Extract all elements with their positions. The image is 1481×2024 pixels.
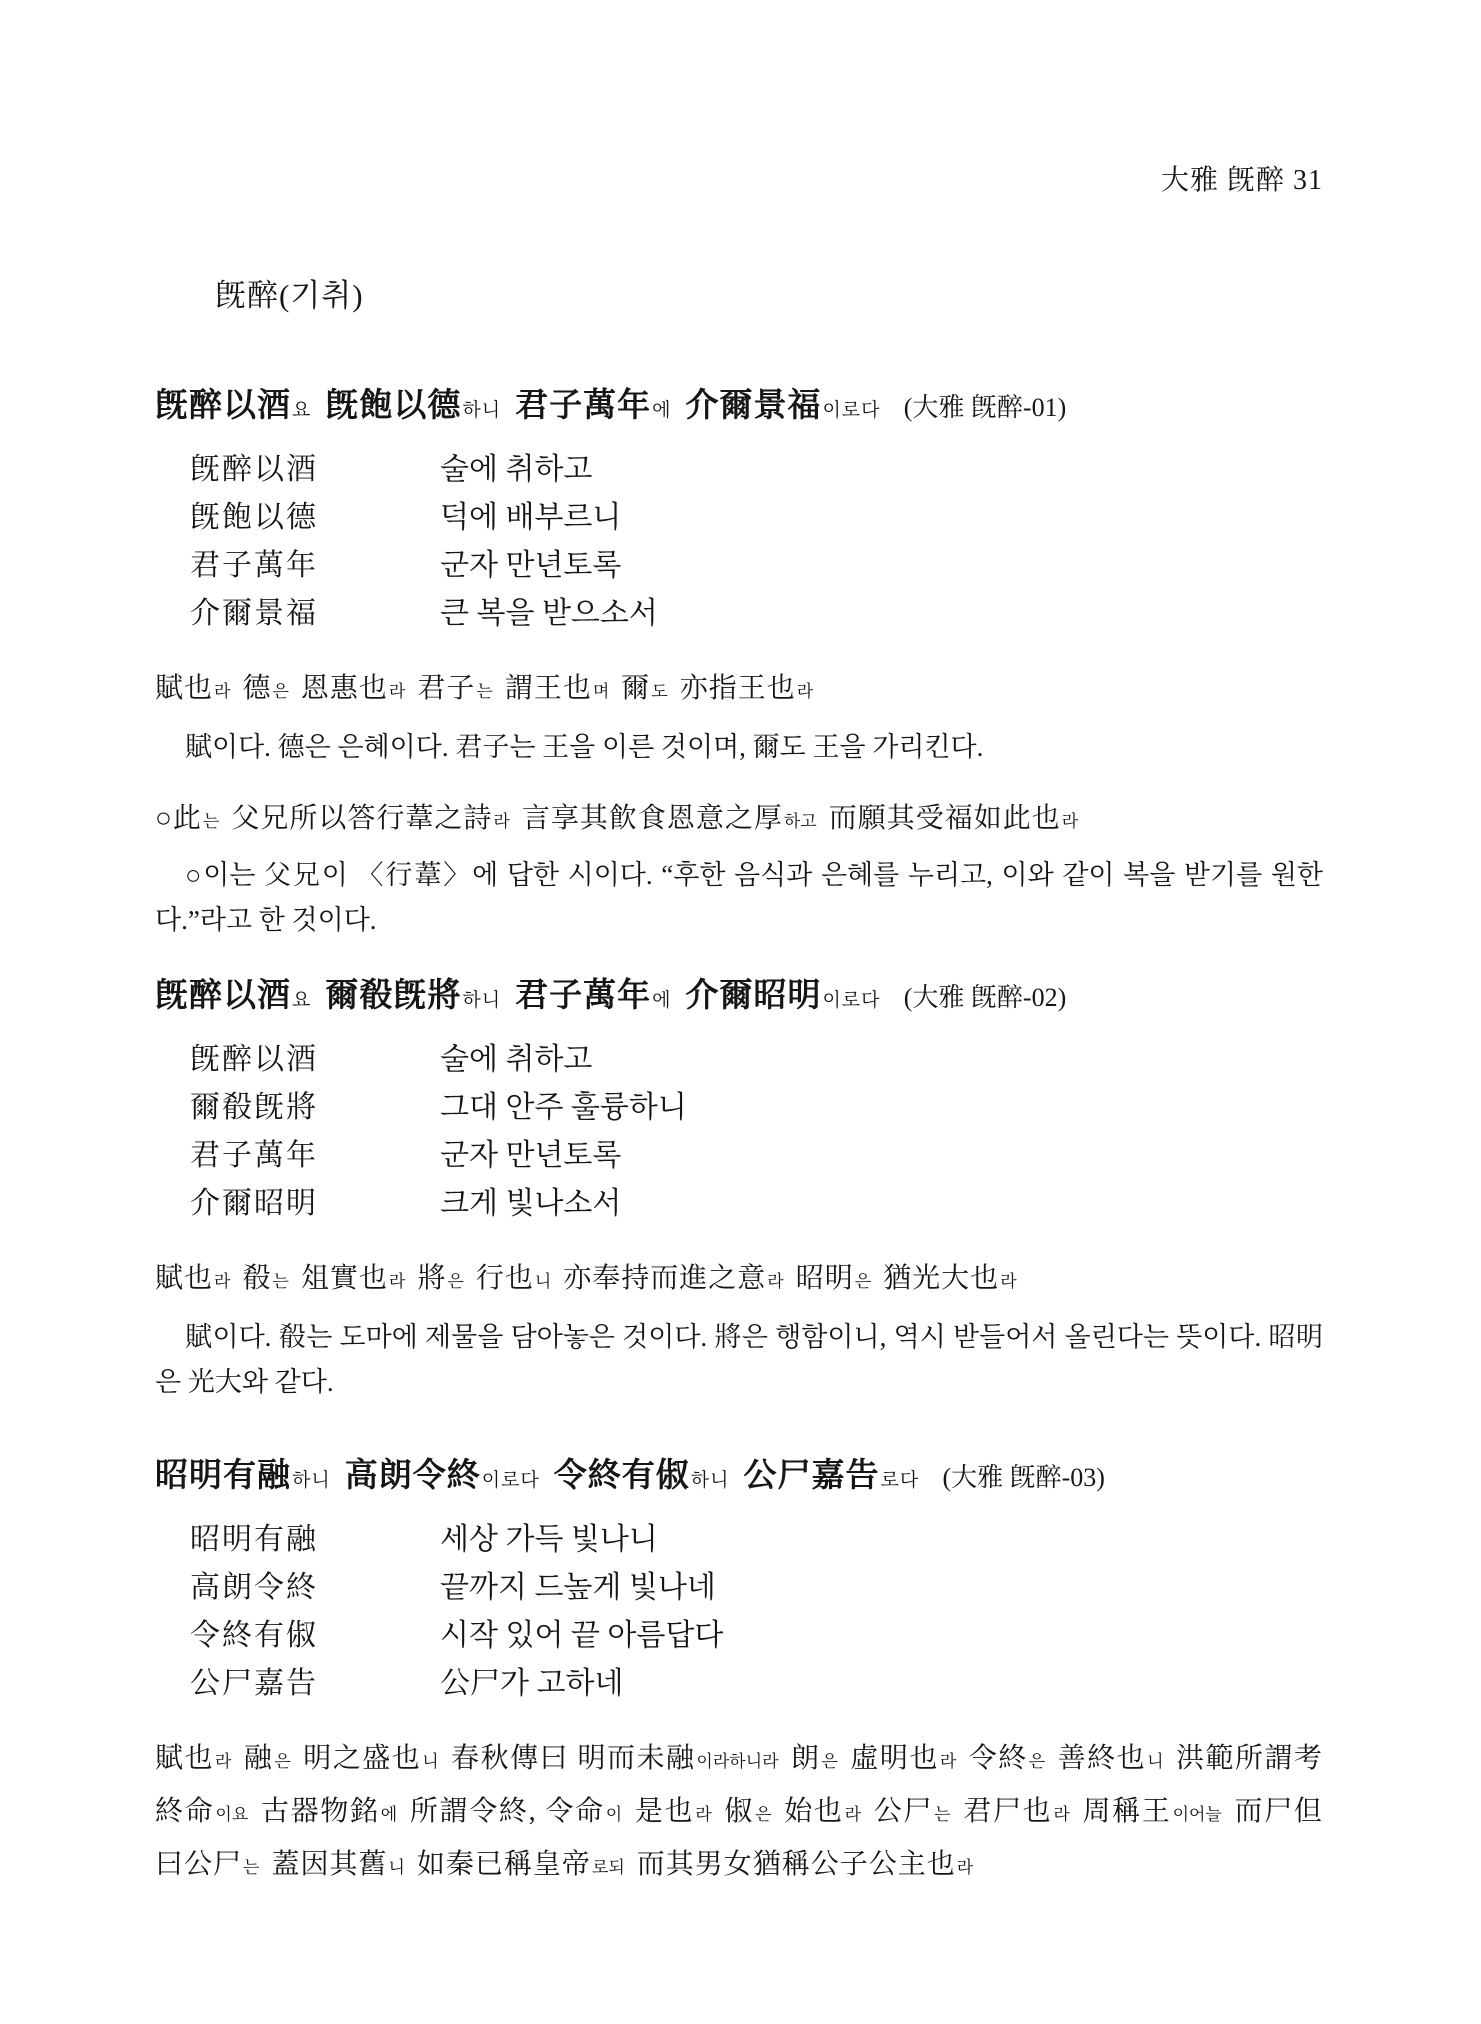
hangul-particle: 에 (652, 400, 671, 421)
poem-title: 旣醉(기취) (215, 270, 1323, 315)
hanja-phrase: 將 (417, 1263, 446, 1294)
verse-row: 介爾景福 큰 복을 받으소서 (190, 590, 1323, 638)
hangul-particle: 이요 (215, 1805, 248, 1824)
verse-hanja: 旣醉以酒 (190, 1036, 440, 1084)
verse-hanja: 高朗令終 (190, 1564, 440, 1612)
verse-row: 爾殽旣將 그대 안주 훌륭하니 (190, 1084, 1323, 1132)
hanja-phrase: 旣飽以德 (325, 388, 461, 424)
hanja-phrase: 賦也 (155, 1263, 213, 1294)
verse-row: 旣醉以酒 술에 취하고 (190, 446, 1323, 494)
hanja-phrase: 君子萬年 (515, 388, 651, 424)
hangul-particle: 며 (593, 682, 609, 701)
verse-korean: 군자 만년토록 (440, 1132, 621, 1180)
hangul-particle: 은 (1029, 1752, 1045, 1771)
hangul-particle: 는 (272, 1272, 288, 1291)
hangul-particle: 라 (389, 1272, 405, 1291)
hangul-particle: 라 (845, 1805, 861, 1824)
hangul-particle: 이 (606, 1805, 622, 1824)
hanja-phrase: 恩惠也 (301, 673, 388, 704)
hanja-phrase: 賦也 (155, 673, 213, 704)
stanza-2-commentary-korean: 賦이다. 殽는 도마에 제물을 담아놓은 것이다. 將은 행함이니, 역시 받들… (155, 1315, 1323, 1405)
stanza-1-note-hanja: ○此는父兄所以答行葦之詩라言享其飮食恩意之厚하고而願其受福如此也라 (155, 794, 1323, 847)
stanza-2-ref: (大雅 旣醉-02) (904, 983, 1066, 1012)
hanja-phrase: 言享其飮食恩意之厚 (522, 803, 783, 834)
hangul-particle: 요 (292, 990, 311, 1011)
stanza-3-heading: 昭明有融하니高朗令終이로다令終有俶하니公尸嘉告로다 (大雅 旣醉-03) (155, 1449, 1323, 1496)
hangul-particle: 은 (755, 1805, 771, 1824)
hanja-phrase: 公尸 (873, 1796, 933, 1827)
stanza-1-commentary-hanja: 賦也라德은恩惠也라君子는謂王也며爾도亦指王也라 (155, 664, 1323, 717)
stanza-1-note-korean: ○이는 父兄이 〈行葦〉에 답한 시이다. “후한 음식과 은혜를 누리고, 이… (155, 853, 1323, 943)
hanja-phrase: 賦也 (155, 1743, 214, 1774)
verse-korean: 군자 만년토록 (440, 542, 621, 590)
verse-hanja: 爾殽旣將 (190, 1084, 440, 1132)
hanja-phrase: 令終 (968, 1743, 1027, 1774)
stanza-2-heading-text: 旣醉以酒요爾殽旣將하니君子萬年에介爾昭明이로다 (155, 978, 895, 1014)
stanza-1: 旣醉以酒요旣飽以德하니君子萬年에介爾景福이로다 (大雅 旣醉-01) 旣醉以酒 … (155, 379, 1323, 943)
page-content: 大雅 旣醉 31 旣醉(기취) 旣醉以酒요旣飽以德하니君子萬年에介爾景福이로다 … (0, 0, 1481, 1893)
verse-hanja: 昭明有融 (190, 1516, 440, 1564)
hanja-phrase: 君尸也 (963, 1796, 1053, 1827)
hanja-phrase: 謂王也 (505, 673, 592, 704)
hangul-particle: 는 (203, 812, 219, 831)
hangul-particle: 하니 (292, 1470, 331, 1491)
verse-korean: 술에 취하고 (440, 446, 592, 494)
stanza-2-commentary-hanja: 賦也라殽는俎實也라將은行也니亦奉持而進之意라昭明은猶光大也라 (155, 1254, 1323, 1307)
hanja-phrase: 俶 (724, 1796, 754, 1827)
hangul-particle: 는 (476, 682, 492, 701)
hanja-phrase: 介爾昭明 (685, 978, 821, 1014)
stanza-1-heading: 旣醉以酒요旣飽以德하니君子萬年에介爾景福이로다 (大雅 旣醉-01) (155, 379, 1323, 426)
stanza-3-commentary-hanja: 賦也라融은明之盛也니春秋傳曰 明而未融이라하니라朗은虛明也라令終은善終也니洪範所… (155, 1734, 1323, 1893)
hanja-phrase: 亦指王也 (680, 673, 796, 704)
verse-row: 公尸嘉告 公尸가 고하네 (190, 1660, 1323, 1708)
hangul-particle: 라 (215, 1752, 231, 1771)
hanja-phrase: 而願其受福如此也 (829, 803, 1061, 834)
hangul-particle: 요 (292, 400, 311, 421)
hangul-particle: 라 (1062, 812, 1078, 831)
verse-row: 令終有俶 시작 있어 끝 아름답다 (190, 1612, 1323, 1660)
hanja-phrase: 俎實也 (301, 1263, 388, 1294)
stanza-2: 旣醉以酒요爾殽旣將하니君子萬年에介爾昭明이로다 (大雅 旣醉-02) 旣醉以酒 … (155, 969, 1323, 1405)
hangul-particle: 은 (274, 1752, 290, 1771)
hanja-phrase: ○此 (155, 803, 202, 834)
stanza-2-verse-table: 旣醉以酒 술에 취하고 爾殽旣將 그대 안주 훌륭하니 君子萬年 군자 만년토록… (190, 1036, 1323, 1228)
hanja-phrase: 周稱王 (1082, 1796, 1172, 1827)
hanja-phrase: 是也 (634, 1796, 694, 1827)
hangul-particle: 은 (822, 1752, 838, 1771)
hangul-particle: 이어늘 (1173, 1805, 1222, 1824)
verse-korean: 시작 있어 끝 아름답다 (440, 1612, 723, 1660)
hanja-phrase: 爾 (621, 673, 650, 704)
hanja-phrase: 爾殽旣將 (325, 978, 461, 1014)
hangul-particle: 라 (493, 812, 509, 831)
hangul-particle: 라 (1000, 1272, 1016, 1291)
hangul-particle: 은 (855, 1272, 871, 1291)
hangul-particle: 라 (940, 1752, 956, 1771)
hanja-phrase: 朗 (791, 1743, 821, 1774)
hangul-particle: 라 (214, 682, 230, 701)
hanja-phrase: 旣醉以酒 (155, 388, 291, 424)
hanja-phrase: 殽 (242, 1263, 271, 1294)
hangul-particle: 라 (1053, 1805, 1069, 1824)
verse-row: 旣飽以德 덕에 배부르니 (190, 494, 1323, 542)
hangul-particle: 로다 (881, 1470, 920, 1491)
verse-korean: 끝까지 드높게 빛나네 (440, 1564, 716, 1612)
hanja-phrase: 蓋因其舊 (271, 1849, 387, 1880)
hanja-phrase: 介爾景福 (685, 388, 821, 424)
hanja-phrase: 君子 (417, 673, 475, 704)
verse-hanja: 令終有俶 (190, 1612, 440, 1660)
stanza-1-heading-text: 旣醉以酒요旣飽以德하니君子萬年에介爾景福이로다 (155, 388, 895, 424)
hangul-particle: 이로다 (822, 990, 880, 1011)
verse-row: 君子萬年 군자 만년토록 (190, 1132, 1323, 1180)
hanja-phrase: 行也 (476, 1263, 534, 1294)
hangul-particle: 니 (1147, 1752, 1163, 1771)
verse-hanja: 公尸嘉告 (190, 1660, 440, 1708)
verse-hanja: 介爾昭明 (190, 1180, 440, 1228)
hanja-phrase: 亦奉持而進之意 (563, 1263, 766, 1294)
hangul-particle: 하니 (691, 1470, 730, 1491)
hanja-phrase: 旣醉以酒 (155, 978, 291, 1014)
hanja-phrase: 令終有俶 (554, 1458, 690, 1494)
stanza-3-heading-text: 昭明有融하니高朗令終이로다令終有俶하니公尸嘉告로다 (155, 1458, 933, 1494)
hanja-phrase: 古器物銘 (260, 1796, 379, 1827)
hanja-phrase: 君子萬年 (515, 978, 651, 1014)
running-header: 大雅 旣醉 31 (155, 0, 1323, 198)
hanja-phrase: 所謂令終, 令命 (409, 1796, 605, 1827)
hanja-phrase: 融 (243, 1743, 273, 1774)
hangul-particle: 는 (934, 1805, 950, 1824)
hanja-phrase: 明之盛也 (303, 1743, 421, 1774)
stanza-1-verse-table: 旣醉以酒 술에 취하고 旣飽以德 덕에 배부르니 君子萬年 군자 만년토록 介爾… (190, 446, 1323, 638)
hanja-phrase: 高朗令終 (345, 1458, 481, 1494)
hangul-particle: 니 (422, 1752, 438, 1771)
hangul-particle: 로되 (592, 1858, 625, 1877)
verse-korean: 세상 가득 빛나니 (440, 1516, 658, 1564)
stanza-3-verse-table: 昭明有融 세상 가득 빛나니 高朗令終 끝까지 드높게 빛나네 令終有俶 시작 … (190, 1516, 1323, 1708)
hangul-particle: 라 (767, 1272, 783, 1291)
hanja-phrase: 昭明有融 (155, 1458, 291, 1494)
hanja-phrase: 始也 (784, 1796, 844, 1827)
verse-hanja: 君子萬年 (190, 1132, 440, 1180)
verse-row: 高朗令終 끝까지 드높게 빛나네 (190, 1564, 1323, 1612)
hangul-particle: 하니 (462, 400, 501, 421)
hangul-particle: 니 (388, 1858, 404, 1877)
hanja-phrase: 善終也 (1057, 1743, 1146, 1774)
verse-hanja: 旣醉以酒 (190, 446, 440, 494)
stanza-3: 昭明有融하니高朗令終이로다令終有俶하니公尸嘉告로다 (大雅 旣醉-03) 昭明有… (155, 1449, 1323, 1893)
hanja-phrase: 而其男女猶稱公子公主也 (637, 1849, 956, 1880)
stanza-1-ref: (大雅 旣醉-01) (904, 393, 1066, 422)
hangul-particle: 라 (214, 1272, 230, 1291)
verse-hanja: 介爾景福 (190, 590, 440, 638)
verse-row: 介爾昭明 크게 빛나소서 (190, 1180, 1323, 1228)
verse-korean: 公尸가 고하네 (440, 1660, 623, 1708)
verse-row: 昭明有融 세상 가득 빛나니 (190, 1516, 1323, 1564)
verse-row: 旣醉以酒 술에 취하고 (190, 1036, 1323, 1084)
hanja-phrase: 如秦已稱皇帝 (417, 1849, 591, 1880)
hangul-particle: 라 (695, 1805, 711, 1824)
hanja-phrase: 猶光大也 (883, 1263, 999, 1294)
hangul-particle: 에 (381, 1805, 397, 1824)
verse-hanja: 君子萬年 (190, 542, 440, 590)
hangul-particle: 하고 (784, 812, 817, 831)
hangul-particle: 은 (447, 1272, 463, 1291)
verse-korean: 술에 취하고 (440, 1036, 592, 1084)
hangul-particle: 도 (651, 682, 667, 701)
hanja-phrase: 父兄所以答行葦之詩 (231, 803, 492, 834)
stanza-1-commentary-korean: 賦이다. 德은 은혜이다. 君子는 王을 이른 것이며, 爾도 王을 가리킨다. (155, 725, 1323, 770)
hangul-particle: 은 (272, 682, 288, 701)
stanza-3-ref: (大雅 旣醉-03) (942, 1463, 1104, 1492)
hangul-particle: 이로다 (482, 1470, 540, 1491)
document-page: 大雅 旣醉 31 旣醉(기취) 旣醉以酒요旣飽以德하니君子萬年에介爾景福이로다 … (0, 0, 1481, 2024)
verse-korean: 그대 안주 훌륭하니 (440, 1084, 687, 1132)
hangul-particle: 에 (652, 990, 671, 1011)
hangul-particle: 니 (535, 1272, 551, 1291)
hanja-phrase: 虛明也 (850, 1743, 939, 1774)
verse-korean: 덕에 배부르니 (440, 494, 621, 542)
hangul-particle: 라 (797, 682, 813, 701)
hangul-particle: 라 (389, 682, 405, 701)
hangul-particle: 이라하니라 (696, 1752, 778, 1771)
hanja-phrase: 德 (242, 673, 271, 704)
verse-hanja: 旣飽以德 (190, 494, 440, 542)
hanja-phrase: 春秋傳曰 明而未融 (451, 1743, 696, 1774)
hangul-particle: 는 (243, 1858, 259, 1877)
hangul-particle: 이로다 (822, 400, 880, 421)
verse-korean: 크게 빛나소서 (440, 1180, 621, 1228)
hanja-phrase: 昭明 (796, 1263, 854, 1294)
hanja-phrase: 公尸嘉告 (744, 1458, 880, 1494)
stanza-2-heading: 旣醉以酒요爾殽旣將하니君子萬年에介爾昭明이로다 (大雅 旣醉-02) (155, 969, 1323, 1016)
hangul-particle: 라 (957, 1858, 973, 1877)
verse-korean: 큰 복을 받으소서 (440, 590, 658, 638)
hangul-particle: 하니 (462, 990, 501, 1011)
verse-row: 君子萬年 군자 만년토록 (190, 542, 1323, 590)
